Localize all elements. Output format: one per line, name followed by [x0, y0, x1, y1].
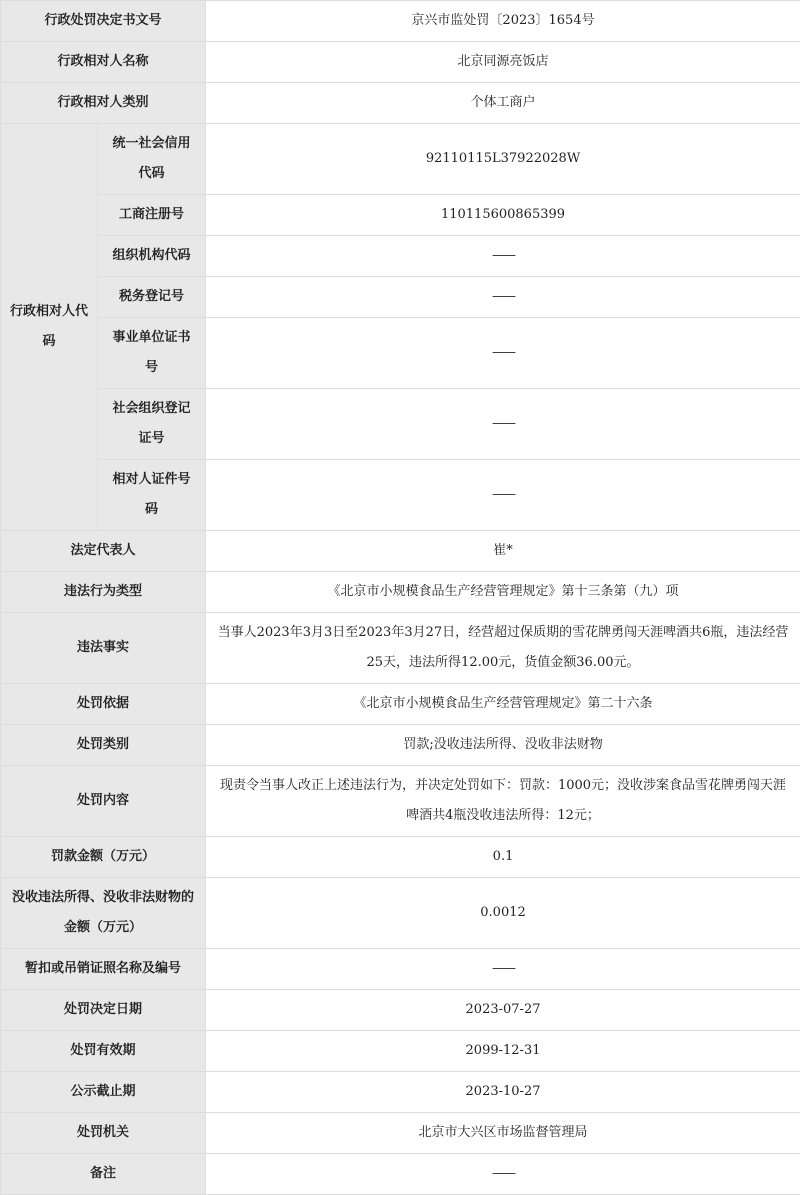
label-remarks: 备注: [1, 1154, 206, 1195]
label-org-code: 组织机构代码: [98, 236, 206, 277]
row-violation-facts: 违法事实 当事人2023年3月3日至2023年3月27日，经营超过保质期的雪花牌…: [1, 613, 800, 684]
row-penalty-content: 处罚内容 现责令当事人改正上述违法行为，并决定处罚如下：罚款：1000元；没收涉…: [1, 766, 800, 837]
row-decision-no: 行政处罚决定书文号 京兴市监处罚〔2023〕1654号: [1, 1, 800, 42]
row-remarks: 备注 ——: [1, 1154, 800, 1195]
row-penalty-basis: 处罚依据 《北京市小规模食品生产经营管理规定》第二十六条: [1, 684, 800, 725]
value-institution-cert-no: ——: [206, 318, 800, 389]
label-confiscation-amount: 没收违法所得、没收非法财物的金额（万元）: [1, 878, 206, 949]
row-tax-reg-no: 税务登记号 ——: [1, 277, 800, 318]
label-tax-reg-no: 税务登记号: [98, 277, 206, 318]
row-publicity-deadline: 公示截止期 2023-10-27: [1, 1072, 800, 1113]
value-party-type: 个体工商户: [206, 83, 800, 124]
label-valid-until: 处罚有效期: [1, 1031, 206, 1072]
row-social-org-reg-no: 社会组织登记证号 ——: [1, 389, 800, 460]
row-license-revocation: 暂扣或吊销证照名称及编号 ——: [1, 949, 800, 990]
value-violation-type: 《北京市小规模食品生产经营管理规定》第十三条第（九）项: [206, 572, 800, 613]
row-org-code: 组织机构代码 ——: [1, 236, 800, 277]
row-fine-amount: 罚款金额（万元） 0.1: [1, 837, 800, 878]
row-business-reg-no: 工商注册号 110115600865399: [1, 195, 800, 236]
label-social-org-reg-no: 社会组织登记证号: [98, 389, 206, 460]
row-party-id-no: 相对人证件号码 ——: [1, 460, 800, 531]
value-fine-amount: 0.1: [206, 837, 800, 878]
row-legal-rep: 法定代表人 崔*: [1, 531, 800, 572]
value-party-name: 北京同源亮饭店: [206, 42, 800, 83]
value-credit-code: 92110115L37922028W: [206, 124, 800, 195]
label-decision-date: 处罚决定日期: [1, 990, 206, 1031]
penalty-info-table: 行政处罚决定书文号 京兴市监处罚〔2023〕1654号 行政相对人名称 北京同源…: [0, 0, 800, 1195]
value-penalty-content: 现责令当事人改正上述违法行为，并决定处罚如下：罚款：1000元；没收涉案食品雪花…: [206, 766, 800, 837]
row-penalty-category: 处罚类别 罚款;没收违法所得、没收非法财物: [1, 725, 800, 766]
label-institution-cert-no: 事业单位证书号: [98, 318, 206, 389]
row-credit-code: 行政相对人代码 统一社会信用代码 92110115L37922028W: [1, 124, 800, 195]
value-license-revocation: ——: [206, 949, 800, 990]
label-penalty-basis: 处罚依据: [1, 684, 206, 725]
value-tax-reg-no: ——: [206, 277, 800, 318]
label-penalty-content: 处罚内容: [1, 766, 206, 837]
value-social-org-reg-no: ——: [206, 389, 800, 460]
row-party-name: 行政相对人名称 北京同源亮饭店: [1, 42, 800, 83]
value-penalty-basis: 《北京市小规模食品生产经营管理规定》第二十六条: [206, 684, 800, 725]
label-legal-rep: 法定代表人: [1, 531, 206, 572]
value-valid-until: 2099-12-31: [206, 1031, 800, 1072]
label-party-id-no: 相对人证件号码: [98, 460, 206, 531]
value-party-id-no: ——: [206, 460, 800, 531]
value-business-reg-no: 110115600865399: [206, 195, 800, 236]
label-credit-code: 统一社会信用代码: [98, 124, 206, 195]
row-authority: 处罚机关 北京市大兴区市场监督管理局: [1, 1113, 800, 1154]
value-remarks: ——: [206, 1154, 800, 1195]
value-authority: 北京市大兴区市场监督管理局: [206, 1113, 800, 1154]
label-violation-type: 违法行为类型: [1, 572, 206, 613]
value-decision-no: 京兴市监处罚〔2023〕1654号: [206, 1, 800, 42]
row-valid-until: 处罚有效期 2099-12-31: [1, 1031, 800, 1072]
label-party-codes-group: 行政相对人代码: [1, 124, 98, 531]
value-decision-date: 2023-07-27: [206, 990, 800, 1031]
row-institution-cert-no: 事业单位证书号 ——: [1, 318, 800, 389]
row-violation-type: 违法行为类型 《北京市小规模食品生产经营管理规定》第十三条第（九）项: [1, 572, 800, 613]
value-publicity-deadline: 2023-10-27: [206, 1072, 800, 1113]
label-violation-facts: 违法事实: [1, 613, 206, 684]
label-party-name: 行政相对人名称: [1, 42, 206, 83]
label-decision-no: 行政处罚决定书文号: [1, 1, 206, 42]
value-confiscation-amount: 0.0012: [206, 878, 800, 949]
value-penalty-category: 罚款;没收违法所得、没收非法财物: [206, 725, 800, 766]
label-party-type: 行政相对人类别: [1, 83, 206, 124]
label-business-reg-no: 工商注册号: [98, 195, 206, 236]
value-org-code: ——: [206, 236, 800, 277]
label-license-revocation: 暂扣或吊销证照名称及编号: [1, 949, 206, 990]
label-publicity-deadline: 公示截止期: [1, 1072, 206, 1113]
value-legal-rep: 崔*: [206, 531, 800, 572]
label-fine-amount: 罚款金额（万元）: [1, 837, 206, 878]
value-violation-facts: 当事人2023年3月3日至2023年3月27日，经营超过保质期的雪花牌勇闯天涯啤…: [206, 613, 800, 684]
row-party-type: 行政相对人类别 个体工商户: [1, 83, 800, 124]
row-decision-date: 处罚决定日期 2023-07-27: [1, 990, 800, 1031]
label-penalty-category: 处罚类别: [1, 725, 206, 766]
label-authority: 处罚机关: [1, 1113, 206, 1154]
row-confiscation-amount: 没收违法所得、没收非法财物的金额（万元） 0.0012: [1, 878, 800, 949]
